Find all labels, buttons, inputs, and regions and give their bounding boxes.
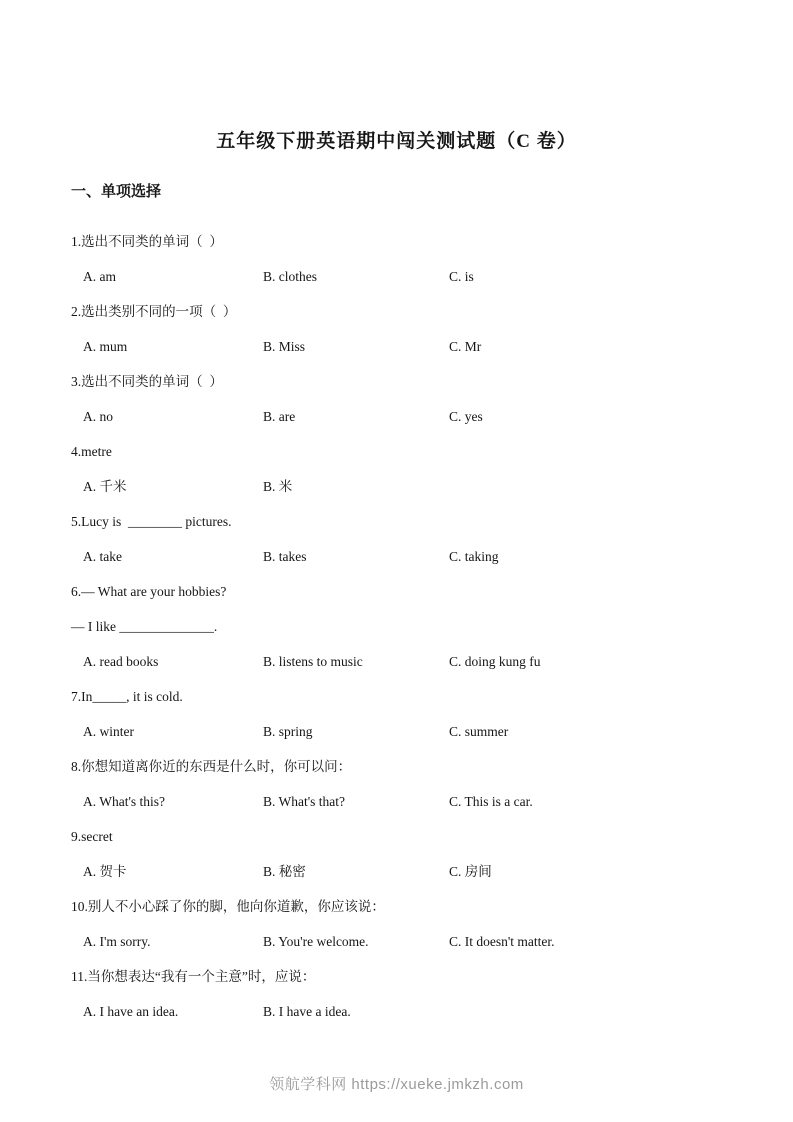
question-prompt: 3.选出不同类的单词（ ） <box>71 373 722 390</box>
watermark-text: 领航学科网 https://xueke.jmkzh.com <box>269 1076 524 1093</box>
question-prompt: 1.选出不同类的单词（ ） <box>71 233 722 250</box>
question-5: 5.Lucy is ________ pictures.A. takeB. ta… <box>71 513 722 565</box>
question-8: 8.你想知道离你近的东西是什么时，你可以问：A. What's this?B. … <box>71 758 722 810</box>
option: C. 房间 <box>449 863 722 880</box>
question-prompt: 9.secret <box>71 828 722 845</box>
options-row: A. I'm sorry.B. You're welcome.C. It doe… <box>71 933 722 950</box>
question-prompt: 8.你想知道离你近的东西是什么时，你可以问： <box>71 758 722 775</box>
option: B. spring <box>263 723 449 740</box>
option: C. yes <box>449 408 722 425</box>
option: A. 千米 <box>83 478 263 495</box>
option: C. doing kung fu <box>449 653 722 670</box>
option: B. What's that? <box>263 793 449 810</box>
question-10: 10.别人不小心踩了你的脚，他向你道歉，你应该说：A. I'm sorry.B.… <box>71 898 722 950</box>
option: A. What's this? <box>83 793 263 810</box>
question-2: 2.选出类别不同的一项（ ）A. mumB. MissC. Mr <box>71 303 722 355</box>
option: A. winter <box>83 723 263 740</box>
exam-page: 五年级下册英语期中闯关测试题（C 卷） 一、单项选择 1.选出不同类的单词（ ）… <box>0 0 793 1122</box>
question-7: 7.In_____, it is cold.A. winterB. spring… <box>71 688 722 740</box>
options-row: A. noB. areC. yes <box>71 408 722 425</box>
question-prompt: 4.metre <box>71 443 722 460</box>
question-11: 11.当你想表达“我有一个主意”时，应说：A. I have an idea.B… <box>71 968 722 1020</box>
question-1: 1.选出不同类的单词（ ）A. amB. clothesC. is <box>71 233 722 285</box>
question-prompt: 11.当你想表达“我有一个主意”时，应说： <box>71 968 722 985</box>
option: B. takes <box>263 548 449 565</box>
section-heading: 一、单项选择 <box>71 180 722 201</box>
options-row: A. mumB. MissC. Mr <box>71 338 722 355</box>
option: C. Mr <box>449 338 722 355</box>
option: A. am <box>83 268 263 285</box>
question-prompt: — I like ______________. <box>71 618 722 635</box>
question-prompt: 2.选出类别不同的一项（ ） <box>71 303 722 320</box>
options-row: A. winterB. springC. summer <box>71 723 722 740</box>
option: C. is <box>449 268 722 285</box>
option: A. I'm sorry. <box>83 933 263 950</box>
options-row: A. amB. clothesC. is <box>71 268 722 285</box>
option: A. take <box>83 548 263 565</box>
option: A. no <box>83 408 263 425</box>
page-title: 五年级下册英语期中闯关测试题（C 卷） <box>71 126 722 153</box>
options-row: A. I have an idea.B. I have a idea. <box>71 1003 722 1020</box>
option: B. I have a idea. <box>263 1003 449 1020</box>
options-row: A. 贺卡B. 秘密C. 房间 <box>71 863 722 880</box>
option: B. listens to music <box>263 653 449 670</box>
option: B. Miss <box>263 338 449 355</box>
option: C. summer <box>449 723 722 740</box>
option: B. 秘密 <box>263 863 449 880</box>
question-list: 1.选出不同类的单词（ ）A. amB. clothesC. is2.选出类别不… <box>71 233 722 1020</box>
option: A. read books <box>83 653 263 670</box>
option: B. are <box>263 408 449 425</box>
option: C. taking <box>449 548 722 565</box>
options-row: A. 千米B. 米 <box>71 478 722 495</box>
option: A. I have an idea. <box>83 1003 263 1020</box>
option: A. mum <box>83 338 263 355</box>
question-prompt: 5.Lucy is ________ pictures. <box>71 513 722 530</box>
question-3: 3.选出不同类的单词（ ）A. noB. areC. yes <box>71 373 722 425</box>
question-4: 4.metreA. 千米B. 米 <box>71 443 722 495</box>
question-prompt: 10.别人不小心踩了你的脚，他向你道歉，你应该说： <box>71 898 722 915</box>
options-row: A. What's this?B. What's that?C. This is… <box>71 793 722 810</box>
question-prompt: 6.— What are your hobbies? <box>71 583 722 600</box>
question-prompt: 7.In_____, it is cold. <box>71 688 722 705</box>
option: C. This is a car. <box>449 793 722 810</box>
option: B. You're welcome. <box>263 933 449 950</box>
options-row: A. takeB. takesC. taking <box>71 548 722 565</box>
option: B. 米 <box>263 478 449 495</box>
question-9: 9.secretA. 贺卡B. 秘密C. 房间 <box>71 828 722 880</box>
option: C. It doesn't matter. <box>449 933 722 950</box>
option: A. 贺卡 <box>83 863 263 880</box>
options-row: A. read booksB. listens to musicC. doing… <box>71 653 722 670</box>
question-6: 6.— What are your hobbies?— I like _____… <box>71 583 722 670</box>
option: B. clothes <box>263 268 449 285</box>
watermark: 领航学科网 https://xueke.jmkzh.com <box>0 1073 793 1094</box>
